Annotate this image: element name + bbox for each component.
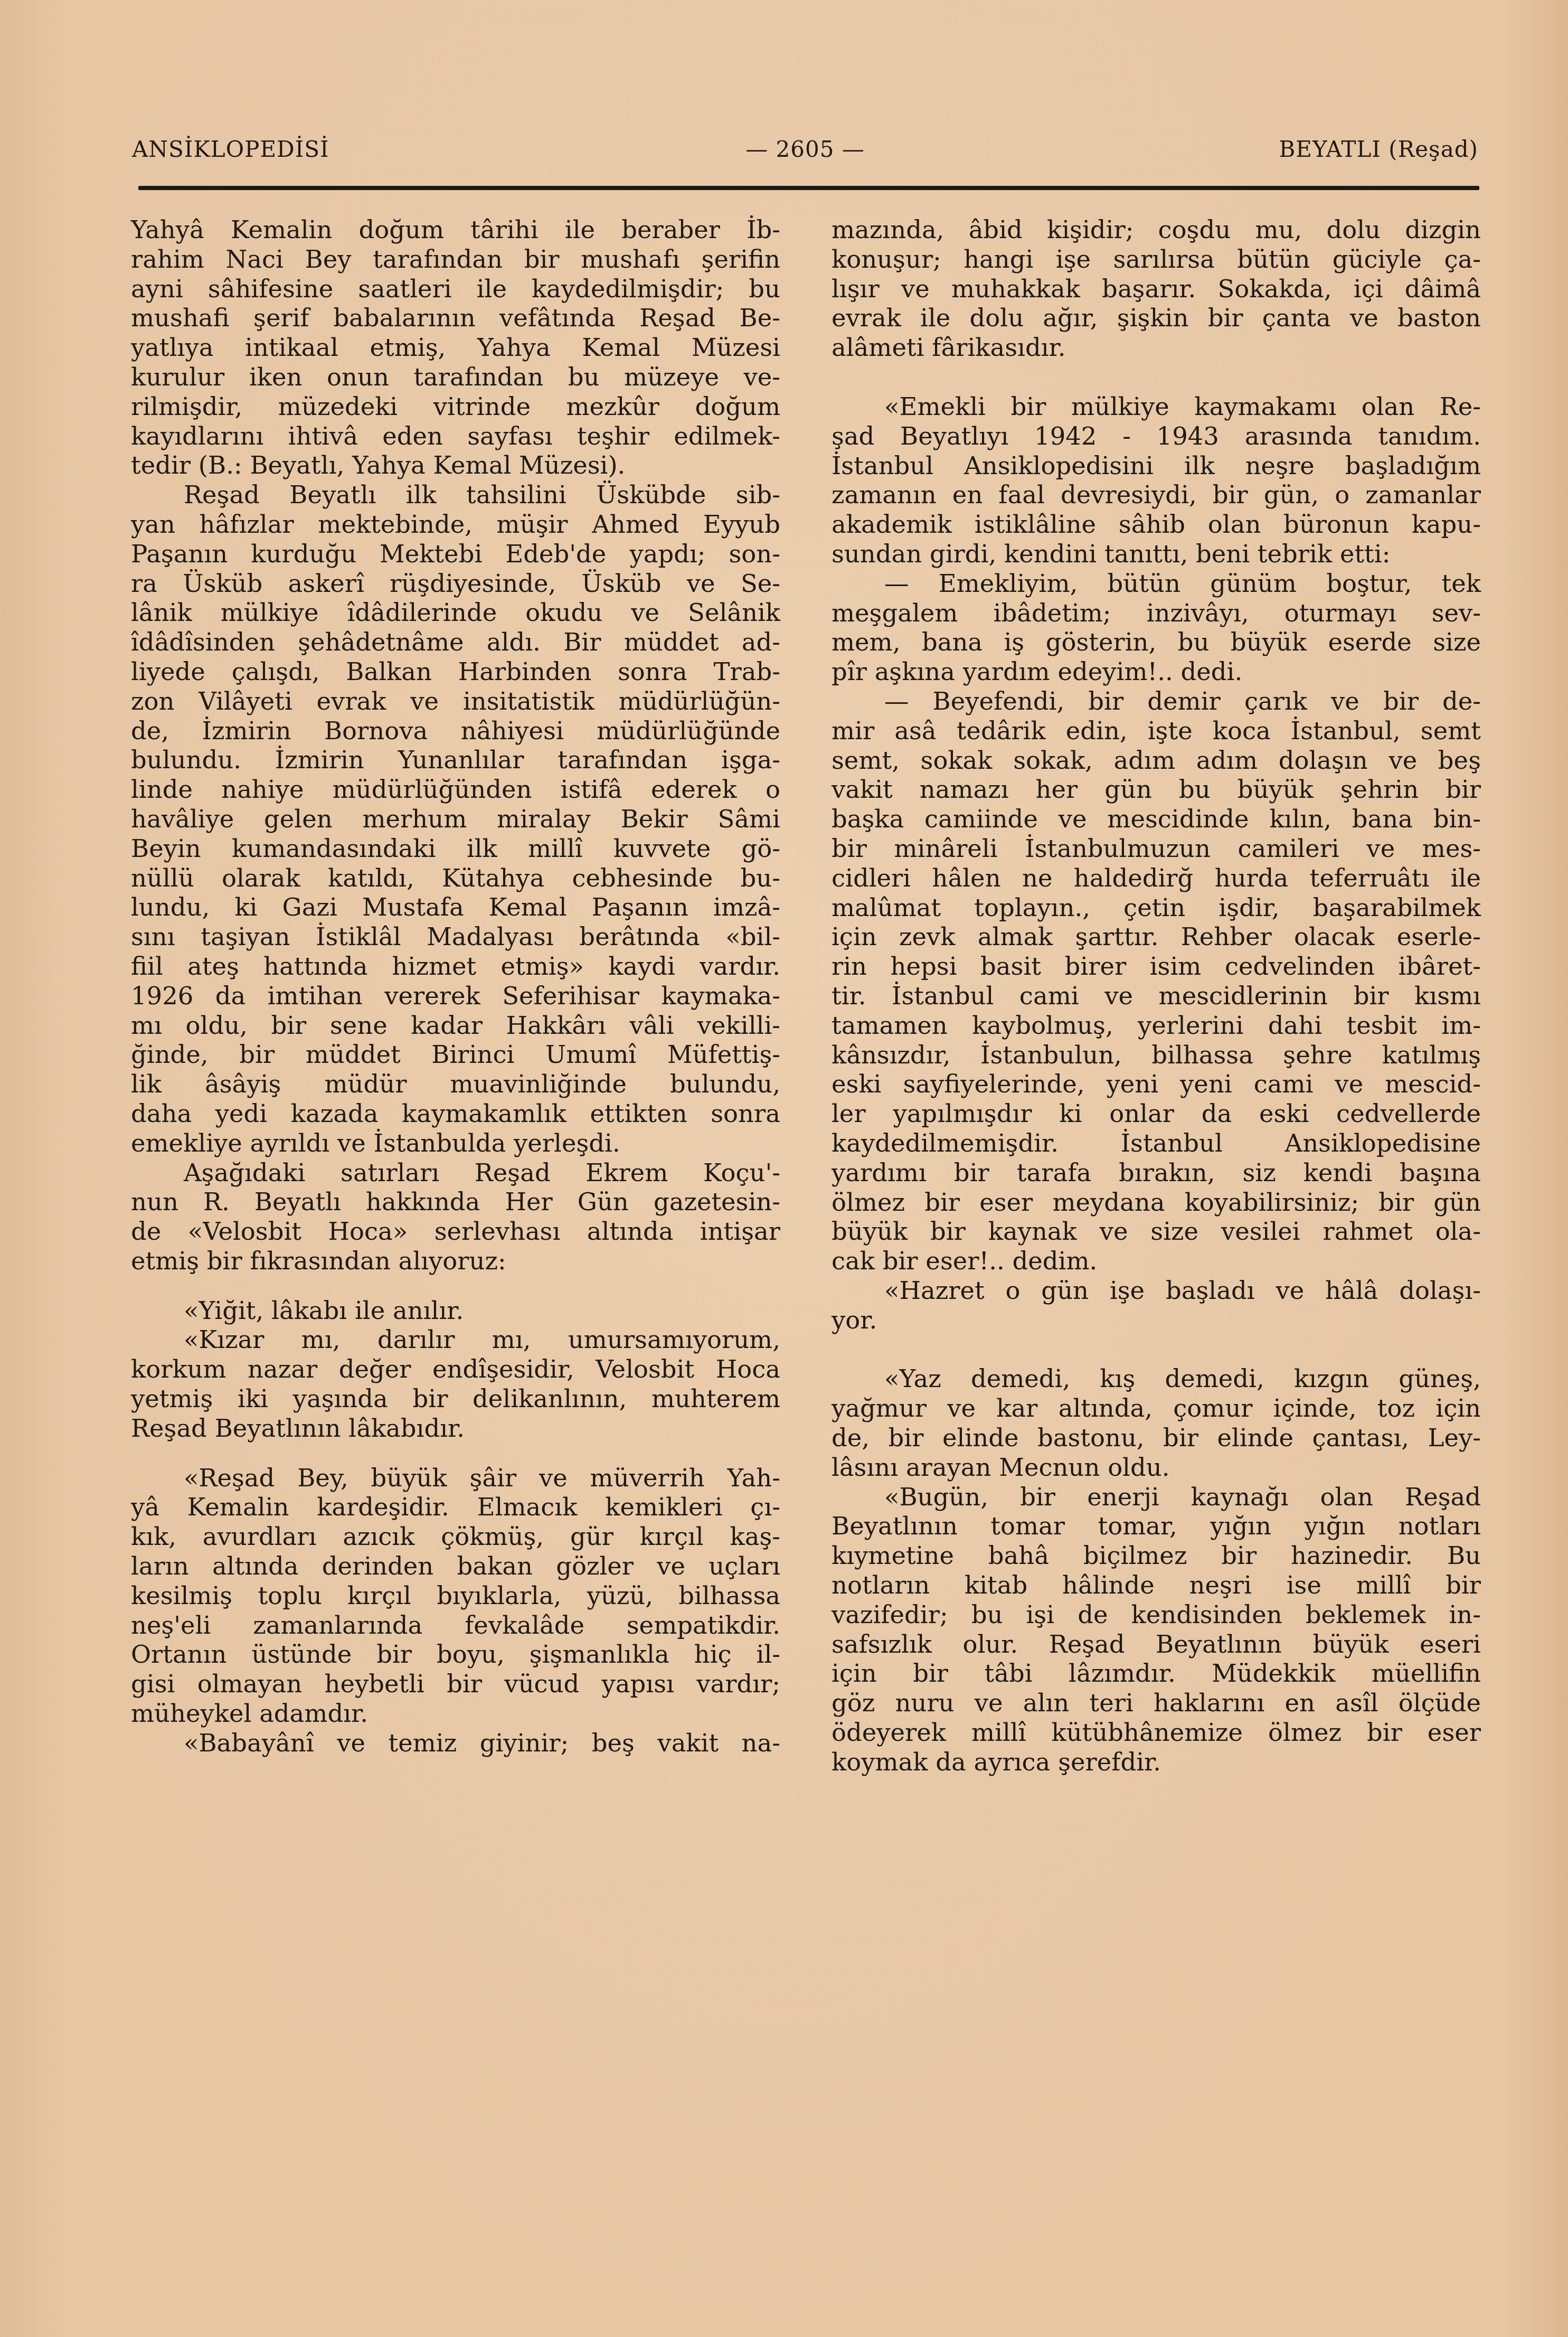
text-line: tamamen kaybolmuş, yerlerini dahi tesbit… bbox=[832, 1011, 1481, 1041]
text-line: ler yapılmışdır ki onlar da eski cedvell… bbox=[832, 1099, 1481, 1129]
dialogue-start: — Emekliyim, bütün günüm boştur, tek bbox=[832, 569, 1481, 599]
text-line: linde nahiye müdürlüğünden istifâ ederek… bbox=[131, 775, 780, 805]
page-number: — 2605 — bbox=[132, 136, 1478, 162]
text-line: müheykel adamdır. bbox=[131, 1699, 780, 1729]
text-line: tedir (B.: Beyatlı, Yahya Kemal Müzesi). bbox=[131, 451, 780, 480]
text-line: mem, bana iş gösterin, bu büyük eserde s… bbox=[832, 628, 1481, 657]
text-line: konuşur; hangi işe sarılırsa bütün güciy… bbox=[832, 245, 1481, 275]
text-line: kaydedilmemişdir. İstanbul Ansiklopedisi… bbox=[832, 1129, 1481, 1158]
text-line: koymak da ayrıca şerefdir. bbox=[832, 1748, 1481, 1777]
text-line: kık, avurdları azıcık çökmüş, gür kırçıl… bbox=[131, 1522, 780, 1552]
text-line: notların kitab hâlinde neşri ise millî b… bbox=[832, 1571, 1481, 1600]
text-line: fiil ateş hattında hizmet etmiş» kaydi v… bbox=[131, 952, 780, 982]
text-line: havâliye gelen merhum miralay Bekir Sâmi bbox=[131, 805, 780, 834]
text-line: rilmişdir, müzedeki vitrinde mezkûr doğu… bbox=[131, 392, 780, 422]
text-line: kesilmiş toplu kırçıl bıyıklarla, yüzü, … bbox=[131, 1581, 780, 1611]
text-line: yan hâfızlar mektebinde, müşir Ahmed Eyy… bbox=[131, 510, 780, 540]
text-line: akademik istiklâline sâhib olan büronun … bbox=[832, 510, 1481, 540]
text-line: ayni sâhifesine saatleri ile kaydedilmiş… bbox=[131, 275, 780, 304]
text-line: mazında, âbid kişidir; coşdu mu, dolu di… bbox=[832, 215, 1481, 245]
quote-start: «Emekli bir mülkiye kaymakamı olan Re- bbox=[832, 392, 1481, 422]
text-line: şad Beyatlıyı 1942 - 1943 arasında tanıd… bbox=[832, 422, 1481, 451]
text-line: cak bir eser!.. dedim. bbox=[832, 1247, 1481, 1276]
text-line: de, bir elinde bastonu, bir elinde çanta… bbox=[832, 1424, 1481, 1453]
text-line: de, İzmirin Bornova nâhiyesi müdürlüğünd… bbox=[131, 717, 780, 746]
text-line: yatlıya intikaal etmiş, Yahya Kemal Müze… bbox=[131, 333, 780, 363]
text-line: Ortanın üstünde bir boyu, şişmanlıkla hi… bbox=[131, 1640, 780, 1670]
text-line: daha yedi kazada kaymakamlık ettikten so… bbox=[131, 1099, 780, 1129]
text-line: ra Üsküb askerî rüşdiyesinde, Üsküb ve S… bbox=[131, 569, 780, 599]
paragraph-start: Aşağıdaki satırları Reşad Ekrem Koçu'- bbox=[131, 1158, 780, 1188]
quote-start: «Kızar mı, darılır mı, umursamıyorum, bbox=[131, 1325, 780, 1355]
text-line: yâ Kemalin kardeşidir. Elmacık kemikleri… bbox=[131, 1493, 780, 1522]
right-column: mazında, âbid kişidir; coşdu mu, dolu di… bbox=[832, 215, 1481, 1777]
text-line: îdâdîsinden şehâdetnâme aldı. Bir müddet… bbox=[131, 628, 780, 657]
text-line: sundan girdi, kendini tanıttı, beni tebr… bbox=[832, 540, 1481, 569]
text-line: lâsını arayan Mecnun oldu. bbox=[832, 1453, 1481, 1483]
text-line: lik âsâyiş müdür muavinliğinde bulundu, bbox=[131, 1070, 780, 1099]
text-line: Beyatlının tomar tomar, yığın yığın notl… bbox=[832, 1512, 1481, 1541]
text-line: kıymetine bahâ biçilmez bir hazinedir. B… bbox=[832, 1541, 1481, 1571]
text-line: mir asâ tedârik edin, işte koca İstanbul… bbox=[832, 717, 1481, 746]
text-line: meşgalem ibâdetim; inzivâyı, oturmayı se… bbox=[832, 599, 1481, 628]
text-line: etmiş bir fıkrasından alıyoruz: bbox=[131, 1247, 780, 1276]
text-line: zamanın en faal devresiydi, bir gün, o z… bbox=[832, 480, 1481, 510]
text-line: ğinde, bir müddet Birinci Umumî Müfettiş… bbox=[131, 1040, 780, 1070]
text-line: evrak ile dolu ağır, şişkin bir çanta ve… bbox=[832, 304, 1481, 333]
quote-start: «Bugün, bir enerji kaynağı olan Reşad bbox=[832, 1483, 1481, 1512]
text-line: rin hepsi basit birer isim cedvelinden i… bbox=[832, 952, 1481, 982]
text-line: tir. İstanbul cami ve mescidlerinin bir … bbox=[832, 982, 1481, 1011]
text-line: yağmur ve kar altında, çomur içinde, toz… bbox=[832, 1394, 1481, 1424]
left-column: Yahyâ Kemalin doğum târihi ile beraber İ… bbox=[131, 215, 780, 1758]
text-line: eski sayfiyelerinde, yeni yeni cami ve m… bbox=[832, 1070, 1481, 1099]
text-line: mushafi şerif babalarının vefâtında Reşa… bbox=[131, 304, 780, 333]
text-line: sını taşiyan İstiklâl Madalyası berâtınd… bbox=[131, 922, 780, 952]
paragraph-start: Reşad Beyatlı ilk tahsilini Üskübde sib- bbox=[131, 480, 780, 510]
text-line: mı oldu, bir sene kadar Hakkârı vâli vek… bbox=[131, 1011, 780, 1041]
text-line: başka camiinde ve mescidinde kılın, bana… bbox=[832, 805, 1481, 834]
quote-start: «Babayânî ve temiz giyinir; beş vakit na… bbox=[131, 1729, 780, 1758]
text-line: İstanbul Ansiklopedisini ilk neşre başla… bbox=[832, 451, 1481, 481]
text-line: lundu, ki Gazi Mustafa Kemal Paşanın imz… bbox=[131, 893, 780, 922]
text-line: kurulur iken onun tarafından bu müzeye v… bbox=[131, 363, 780, 392]
text-line: vazifedir; bu işi de kendisinden bekleme… bbox=[832, 1600, 1481, 1630]
text-line: yardımı bir tarafa bırakın, siz kendi ba… bbox=[832, 1158, 1481, 1188]
text-line: pîr aşkına yardım edeyim!.. dedi. bbox=[832, 657, 1481, 687]
quote-start: «Yiğit, lâkabı ile anılır. bbox=[131, 1296, 780, 1326]
text-line: de «Velosbit Hoca» serlevhası altında in… bbox=[131, 1217, 780, 1247]
text-line: için zevk almak şarttır. Rehber olacak e… bbox=[832, 922, 1481, 952]
text-line: semt, sokak sokak, adım adım dolaşın ve … bbox=[832, 746, 1481, 776]
text-line: lânik mülkiye îdâdilerinde okudu ve Selâ… bbox=[131, 598, 780, 628]
text-line: kayıdlarını ihtivâ eden sayfası teşhir e… bbox=[131, 422, 780, 451]
text-line: rahim Naci Bey tarafından bir mushafı şe… bbox=[131, 245, 780, 275]
text-line: Beyin kumandasındaki ilk millî kuvvete g… bbox=[131, 834, 780, 864]
text-line: kânsızdır, İstanbulun, bilhassa şehre ka… bbox=[832, 1041, 1481, 1070]
running-header: ANSİKLOPEDİSİ — 2605 — BEYATLI (Reşad) bbox=[132, 136, 1478, 168]
text-line: liyede çalışdı, Balkan Harbinden sonra T… bbox=[131, 657, 780, 687]
text-line: Paşanın kurduğu Mektebi Edeb'de yapdı; s… bbox=[131, 540, 780, 569]
text-line: neş'eli zamanlarında fevkalâde sempatikd… bbox=[131, 1611, 780, 1641]
quote-start: «Reşad Bey, büyük şâir ve müverrih Yah- bbox=[131, 1464, 780, 1493]
text-line: ölmez bir eser meydana koyabilirsiniz; b… bbox=[832, 1188, 1481, 1218]
text-line: lışır ve muhakkak başarır. Sokakda, içi … bbox=[832, 275, 1481, 304]
text-line: emekliye ayrıldı ve İstanbulda yerleşdi. bbox=[131, 1129, 780, 1158]
text-line: bir minâreli İstanbulmuzun camileri ve m… bbox=[832, 834, 1481, 864]
quote-start: «Yaz demedi, kış demedi, kızgın güneş, bbox=[832, 1364, 1481, 1394]
text-line: alâmeti fârikasıdır. bbox=[832, 333, 1481, 363]
text-line: korkum nazar değer endîşesidir, Velosbit… bbox=[131, 1355, 780, 1384]
header-entry-title: BEYATLI (Reşad) bbox=[1279, 136, 1478, 162]
text-line: safsızlık olur. Reşad Beyatlının büyük e… bbox=[832, 1630, 1481, 1660]
text-line: gisi olmayan heybetli bir vücud yapısı v… bbox=[131, 1670, 780, 1699]
text-line: göz nuru ve alın teri haklarını en asîl … bbox=[832, 1689, 1481, 1718]
text-line: malûmat toplayın., çetin işdir, başarabi… bbox=[832, 893, 1481, 923]
text-line: zon Vilâyeti evrak ve insitatistik müdür… bbox=[131, 687, 780, 717]
text-line: nüllü olarak katıldı, Kütahya cebhesinde… bbox=[131, 864, 780, 893]
quote-start: «Hazret o gün işe başladı ve hâlâ dolaşı… bbox=[832, 1276, 1481, 1306]
dialogue-start: — Beyefendi, bir demir çarık ve bir de- bbox=[832, 687, 1481, 717]
text-line: 1926 da imtihan vererek Seferihisar kaym… bbox=[131, 982, 780, 1011]
text-line: vakit namazı her gün bu büyük şehrin bir bbox=[832, 775, 1481, 805]
text-line: bulundu. İzmirin Yunanlılar tarafından i… bbox=[131, 746, 780, 775]
text-line: Yahyâ Kemalin doğum târihi ile beraber İ… bbox=[131, 215, 780, 245]
text-line: ların altında derinden bakan gözler ve u… bbox=[131, 1552, 780, 1581]
text-line: Reşad Beyatlının lâkabıdır. bbox=[131, 1414, 780, 1444]
text-line: yor. bbox=[832, 1306, 1481, 1335]
text-line: için bir tâbi lâzımdır. Müdekkik müellif… bbox=[832, 1659, 1481, 1689]
text-line: yetmiş iki yaşında bir delikanlının, muh… bbox=[131, 1384, 780, 1414]
text-line: büyük bir kaynak ve size vesilei rahmet … bbox=[832, 1217, 1481, 1247]
text-line: cidleri hâlen ne haldedirğ hurda teferru… bbox=[832, 864, 1481, 893]
header-rule bbox=[138, 186, 1479, 190]
text-line: ödeyerek millî kütübhânemize ölmez bir e… bbox=[832, 1718, 1481, 1748]
text-line: nun R. Beyatlı hakkında Her Gün gazetesi… bbox=[131, 1188, 780, 1217]
